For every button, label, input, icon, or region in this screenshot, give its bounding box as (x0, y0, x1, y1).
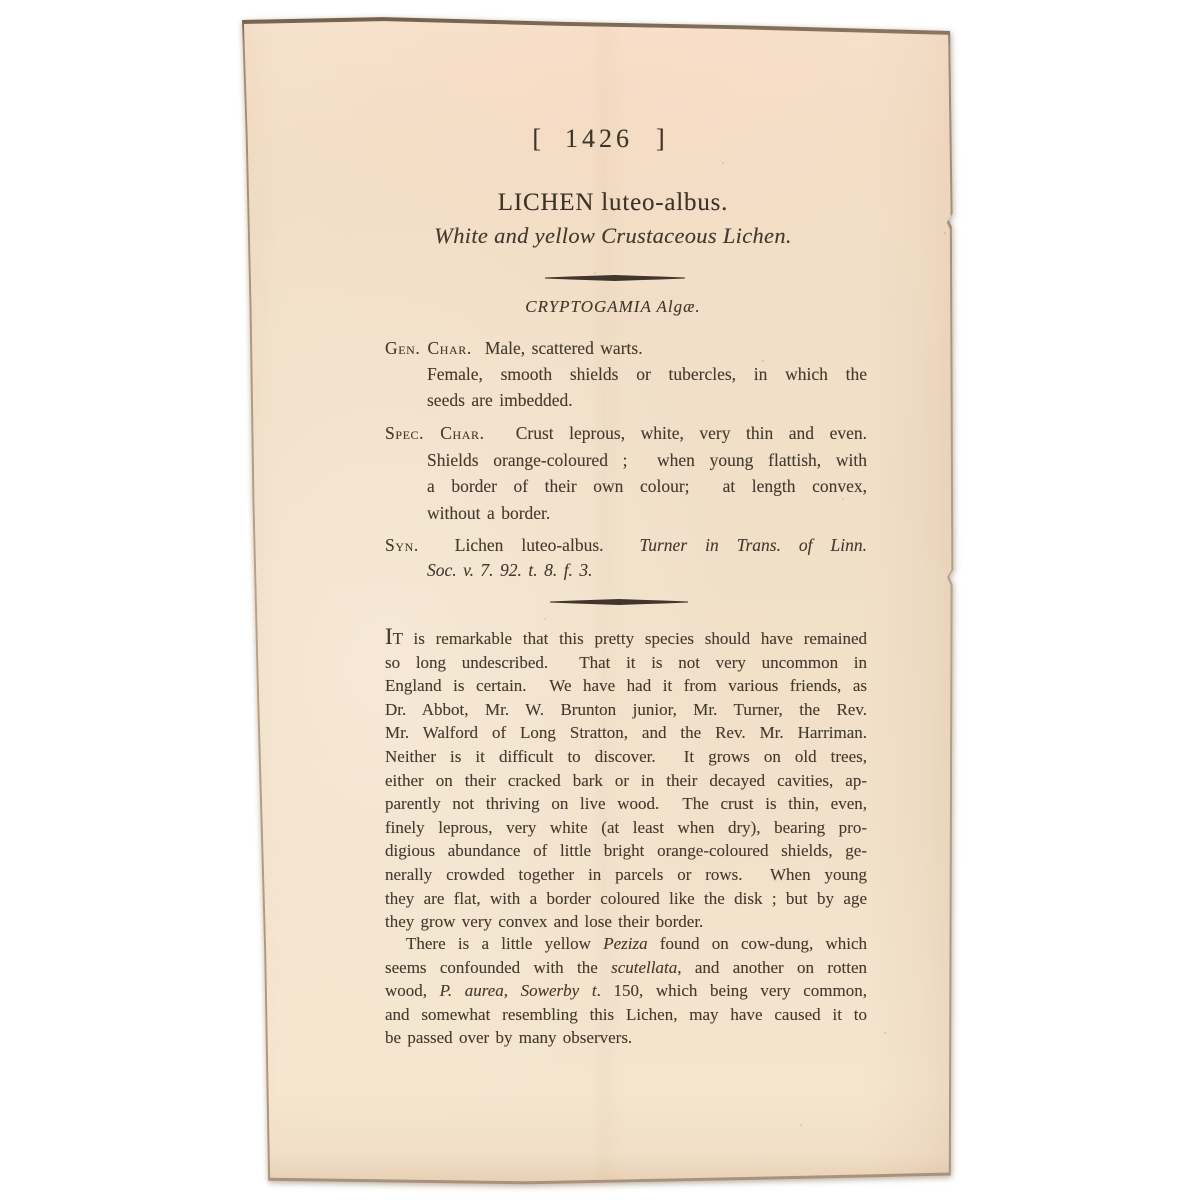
bracket-right: ] (656, 124, 666, 153)
text-line: and somewhat resembling this Lichen, may… (385, 1003, 867, 1027)
text-line: either on their cracked bark or in their… (385, 769, 867, 793)
text-line: Syn. Lichen luteo-albus. Turner in Trans… (385, 533, 867, 558)
text-line: Gen. Char. Male, scattered warts. (385, 335, 867, 361)
page-content: [1426] LICHEN luteo-albus. White and yel… (0, 0, 1200, 1200)
body-paragraph-1: IT is remarkable that this pretty specie… (385, 625, 867, 934)
gen-char-section: Gen. Char. Male, scattered warts.Female,… (385, 335, 867, 413)
page-number-value: 1426 (565, 124, 633, 153)
text-line: England is certain. We have had it from … (385, 674, 867, 698)
text-line: nerally crowded together in parcels or r… (385, 863, 867, 887)
text-line: finely leprous, very white (at least whe… (385, 816, 867, 840)
page-number: [1426] (359, 124, 839, 154)
text-line: seeds are imbedded. (427, 387, 867, 413)
classification-line: CRYPTOGAMIA Algæ. (373, 297, 853, 317)
text-line: Spec. Char. Crust leprous, white, very t… (385, 420, 867, 447)
text-line: they are flat, with a border coloured li… (385, 887, 867, 911)
syn-section: Syn. Lichen luteo-albus. Turner in Trans… (385, 533, 867, 583)
text-line: so long undescribed. That it is not very… (385, 651, 867, 675)
text-line: Female, smooth shields or tubercles, in … (427, 361, 867, 387)
text-line: There is a little yellow Peziza found on… (385, 932, 867, 956)
ornamental-rule-middle (550, 599, 688, 605)
text-line: be passed over by many observers. (385, 1026, 867, 1050)
body-paragraph-2: There is a little yellow Peziza found on… (385, 932, 867, 1050)
spec-char-section: Spec. Char. Crust leprous, white, very t… (385, 420, 867, 526)
text-line: Shields orange-coloured ; when young fla… (427, 447, 867, 474)
text-line: Dr. Abbot, Mr. W. Brunton junior, Mr. Tu… (385, 698, 867, 722)
text-line: seems confounded with the scutellata, an… (385, 956, 867, 980)
scanned-book-page-photo: [1426] LICHEN luteo-albus. White and yel… (0, 0, 1200, 1200)
text-line: digious abundance of little bright orang… (385, 839, 867, 863)
text-line: without a border. (427, 500, 867, 527)
species-common-name: White and yellow Crustaceous Lichen. (373, 223, 853, 249)
ornamental-rule-top (545, 275, 685, 281)
text-line: Neither is it difficult to discover. It … (385, 745, 867, 769)
species-title: LICHEN luteo-albus. (373, 189, 853, 217)
text-line: parently not thriving on live wood. The … (385, 792, 867, 816)
text-line: a border of their own colour; at length … (427, 473, 867, 500)
text-line: Soc. v. 7. 92. t. 8. f. 3. (427, 558, 867, 583)
bracket-left: [ (532, 124, 542, 153)
text-line: they grow very convex and lose their bor… (385, 910, 867, 934)
text-line: wood, P. aurea, Sowerby t. 150, which be… (385, 979, 867, 1003)
text-line: Mr. Walford of Long Stratton, and the Re… (385, 721, 867, 745)
text-line: IT is remarkable that this pretty specie… (385, 625, 867, 651)
